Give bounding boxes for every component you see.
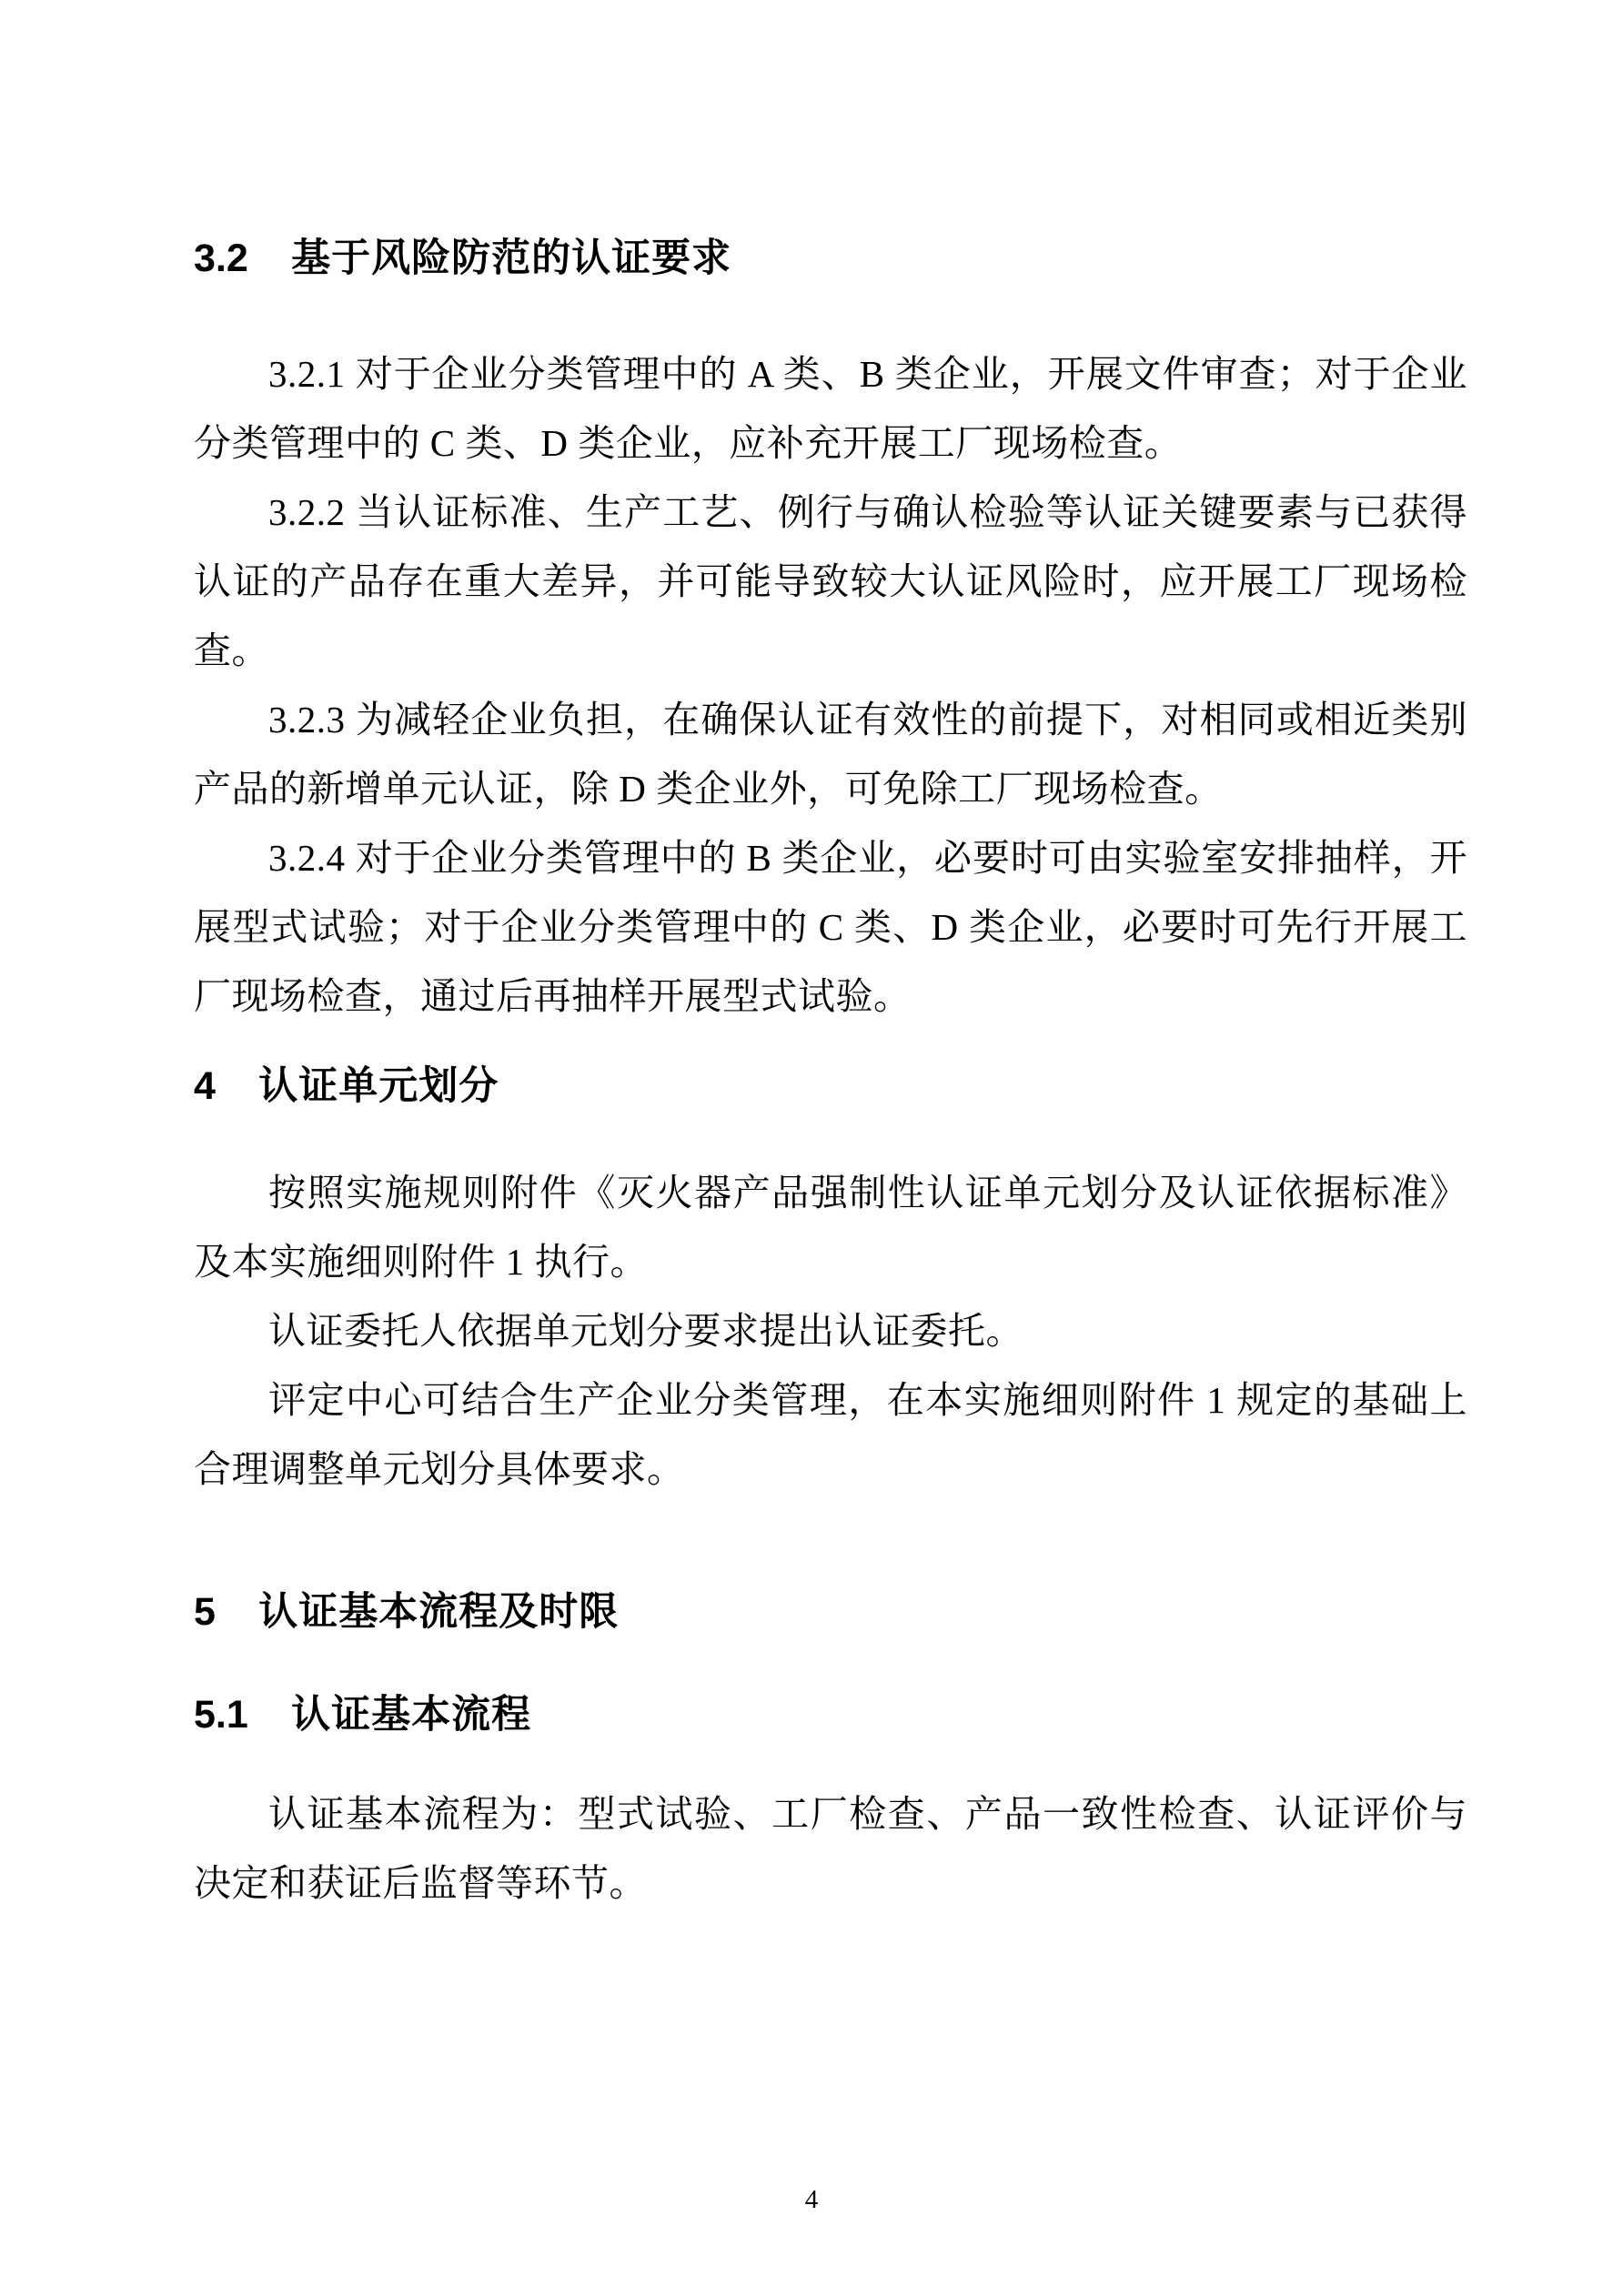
page-number: 4	[0, 2181, 1623, 2218]
section-heading-5: 5认证基本流程及时限	[194, 1577, 1467, 1646]
section-heading-4: 4认证单元划分	[194, 1052, 1467, 1121]
paragraph-5-1-process: 认证基本流程为：型式试验、工厂检查、产品一致性检查、认证评价与决定和获证后监督等…	[194, 1779, 1467, 1918]
section-4-paragraphs: 按照实施规则附件《灭火器产品强制性认证单元划分及认证依据标准》及本实施细则附件 …	[194, 1158, 1467, 1504]
heading-number: 3.2	[194, 237, 248, 280]
paragraph-4-center: 评定中心可结合生产企业分类管理，在本实施细则附件 1 规定的基础上合理调整单元划…	[194, 1365, 1467, 1504]
heading-number: 4	[194, 1064, 216, 1108]
section-heading-3-2: 3.2基于风险防范的认证要求	[194, 224, 1467, 293]
document-page: 3.2基于风险防范的认证要求 3.2.1 对于企业分类管理中的 A 类、B 类企…	[0, 0, 1623, 2296]
paragraph-3-2-3: 3.2.3 为减轻企业负担，在确保认证有效性的前提下，对相同或相近类别产品的新增…	[194, 685, 1467, 823]
heading-number: 5.1	[194, 1693, 248, 1737]
paragraph-4-basis: 按照实施规则附件《灭火器产品强制性认证单元划分及认证依据标准》及本实施细则附件 …	[194, 1158, 1467, 1296]
paragraph-3-2-2: 3.2.2 当认证标准、生产工艺、例行与确认检验等认证关键要素与已获得认证的产品…	[194, 478, 1467, 685]
paragraph-3-2-4: 3.2.4 对于企业分类管理中的 B 类企业，必要时可由实验室安排抽样，开展型式…	[194, 823, 1467, 1031]
section-3-2-paragraphs: 3.2.1 对于企业分类管理中的 A 类、B 类企业，开展文件审查；对于企业分类…	[194, 339, 1467, 1031]
heading-title: 认证基本流程及时限	[258, 1590, 619, 1634]
section-5-1-paragraphs: 认证基本流程为：型式试验、工厂检查、产品一致性检查、认证评价与决定和获证后监督等…	[194, 1779, 1467, 1918]
heading-title: 认证单元划分	[258, 1064, 499, 1108]
heading-number: 5	[194, 1590, 216, 1634]
heading-title: 认证基本流程	[291, 1693, 531, 1737]
section-heading-5-1: 5.1认证基本流程	[194, 1680, 1467, 1749]
paragraph-4-client: 认证委托人依据单元划分要求提出认证委托。	[194, 1296, 1467, 1365]
heading-title: 基于风险防范的认证要求	[291, 237, 731, 280]
paragraph-3-2-1: 3.2.1 对于企业分类管理中的 A 类、B 类企业，开展文件审查；对于企业分类…	[194, 339, 1467, 478]
